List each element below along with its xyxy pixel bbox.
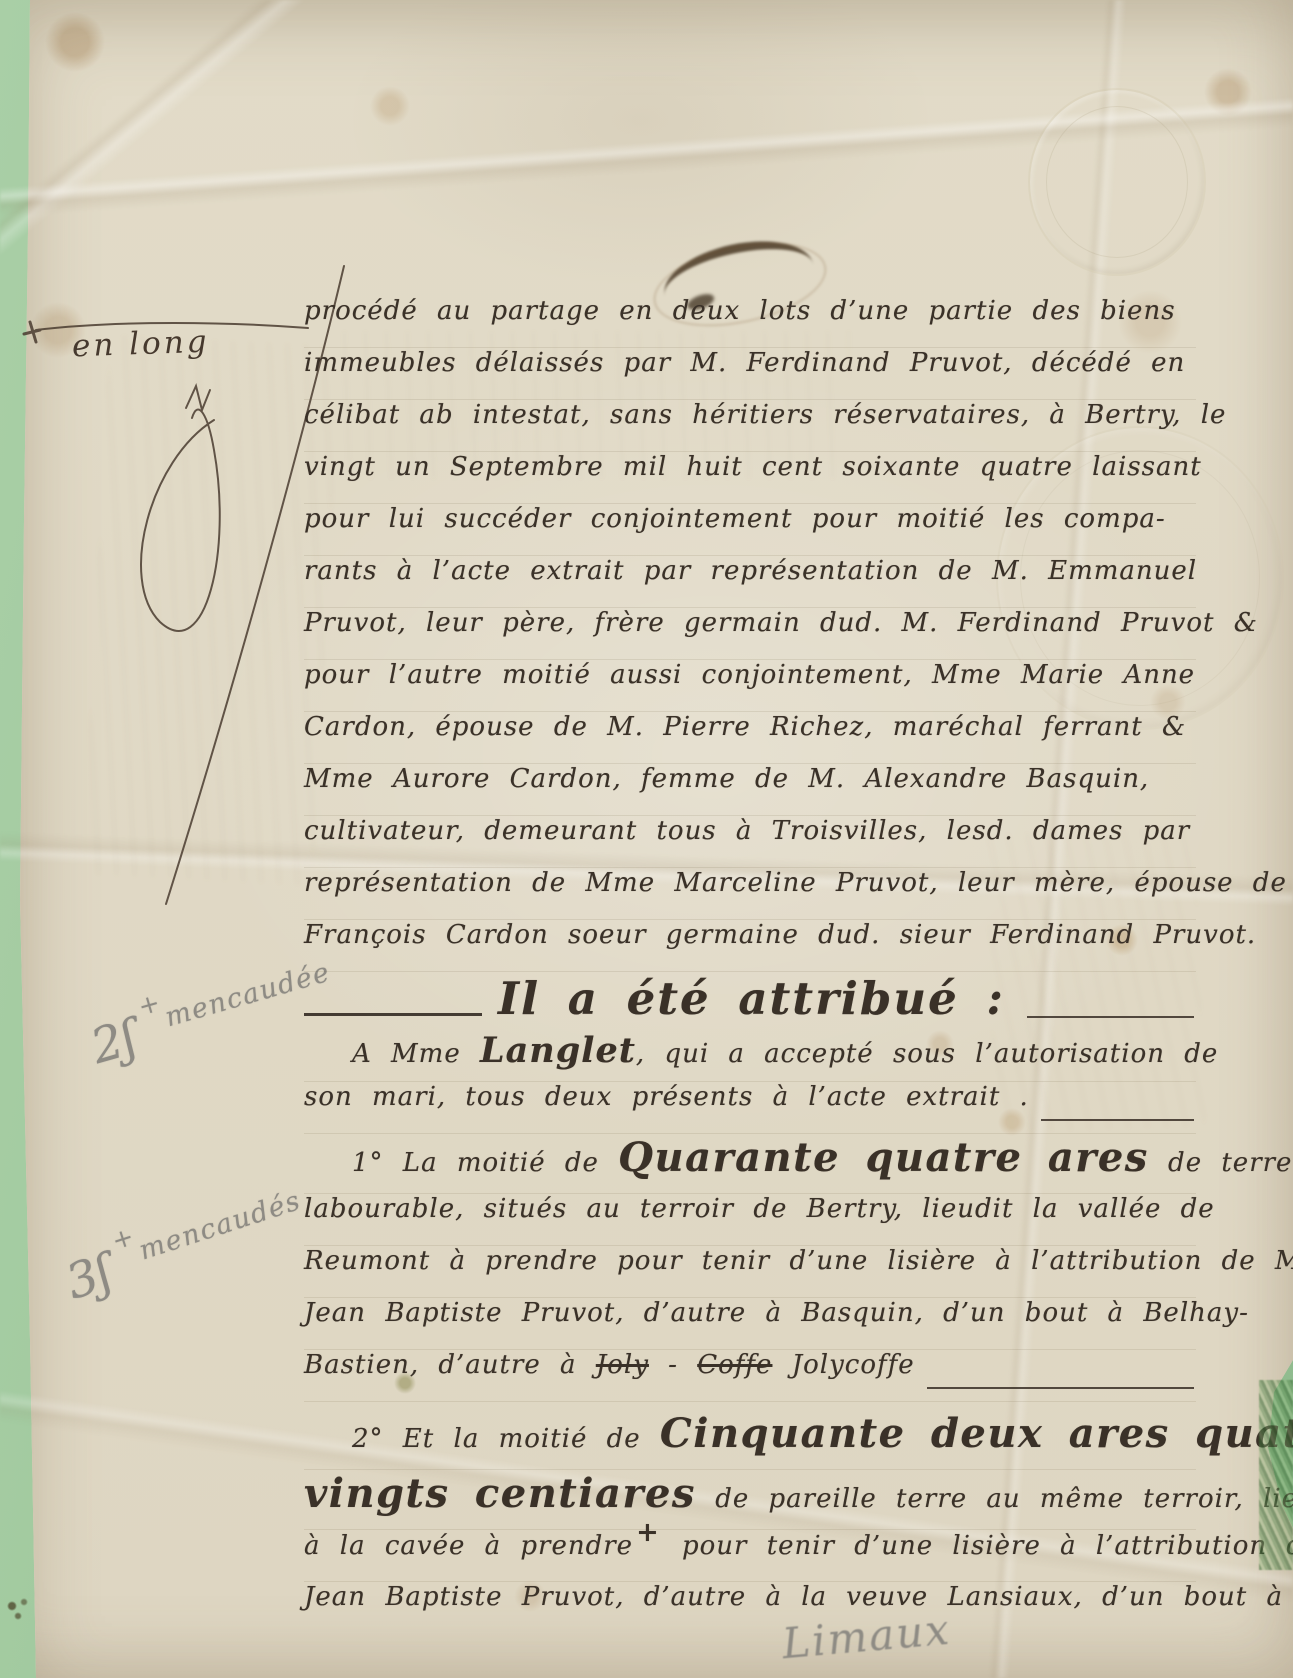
filler-rule xyxy=(927,1387,1194,1389)
line-text: Jolycoffe xyxy=(772,1350,914,1380)
line-text: pour tenir d’une lisière à l’attribution… xyxy=(663,1531,1293,1561)
text-line: immeubles délaissés par M. Ferdinand Pru… xyxy=(304,348,1196,400)
text-line: Reumont à prendre pour tenir d’une lisiè… xyxy=(304,1246,1196,1298)
edge-fleck xyxy=(4,1598,34,1624)
line-text: Mme Aurore Cardon, femme de M. Alexandre… xyxy=(304,764,1149,794)
text-line: Bastien, d’autre à Joly - Coffe Jolycoff… xyxy=(304,1350,1196,1402)
line-text: son mari, tous deux présents à l’acte ex… xyxy=(304,1082,1029,1112)
line-text: pour l’autre moitié aussi conjointement,… xyxy=(304,660,1195,690)
line-text: à la cavée à prendre xyxy=(304,1531,633,1561)
text-line: pour lui succéder conjointement pour moi… xyxy=(304,504,1196,556)
line-text: vingt un Septembre mil huit cent soixant… xyxy=(304,452,1202,482)
text-line: rants à l’acte extrait par représentatio… xyxy=(304,556,1196,608)
struck-word: Joly xyxy=(596,1350,649,1380)
area-emphasis: vingts centiares xyxy=(304,1470,696,1517)
line-text: François Cardon soeur germaine dud. sieu… xyxy=(304,920,1256,950)
line-text: immeubles délaissés par M. Ferdinand Pru… xyxy=(304,348,1185,378)
heading-text: Il a été attribué : xyxy=(488,972,1015,1025)
text-line: Mme Aurore Cardon, femme de M. Alexandre… xyxy=(304,764,1196,816)
text-line-lot1: 1° La moitié de Quarante quatre ares de … xyxy=(304,1134,1196,1194)
text-line: vingt un Septembre mil huit cent soixant… xyxy=(304,452,1196,504)
line-text: célibat ab intestat, sans héritiers rése… xyxy=(304,400,1226,430)
text-line: représentation de Mme Marceline Pruvot, … xyxy=(304,868,1196,920)
text-line: Pruvot, leur père, frère germain dud. M.… xyxy=(304,608,1196,660)
line-text: Pruvot, leur père, frère germain dud. M.… xyxy=(304,608,1258,638)
line-text: de terre xyxy=(1149,1148,1293,1178)
area-emphasis: Quarante quatre ares xyxy=(618,1134,1149,1181)
text-line: Cardon, épouse de M. Pierre Richez, maré… xyxy=(304,712,1196,764)
area-emphasis: Cinquante deux ares quatre xyxy=(660,1410,1293,1457)
heading-rule-left xyxy=(304,1013,482,1016)
text-line: procédé au partage en deux lots d’une pa… xyxy=(304,296,1196,348)
line-text: représentation de Mme Marceline Pruvot, … xyxy=(304,868,1287,898)
text-line: pour l’autre moitié aussi conjointement,… xyxy=(304,660,1196,712)
text-line: Jean Baptiste Pruvot, d’autre à la veuve… xyxy=(304,1582,1196,1634)
attributee-name: Langlet xyxy=(480,1030,636,1071)
insertion-plus-mark: + xyxy=(636,1517,660,1548)
text-line: labourable, situés au terroir de Bertry,… xyxy=(304,1194,1196,1246)
line-text: Jean Baptiste Pruvot, d’autre à Basquin,… xyxy=(304,1298,1249,1328)
text-line: François Cardon soeur germaine dud. sieu… xyxy=(304,920,1196,972)
line-text: Reumont à prendre pour tenir d’une lisiè… xyxy=(304,1246,1293,1276)
text-line: Jean Baptiste Pruvot, d’autre à Basquin,… xyxy=(304,1298,1196,1350)
line-text: rants à l’acte extrait par représentatio… xyxy=(304,556,1197,586)
text-line: cultivateur, demeurant tous à Troisville… xyxy=(304,816,1196,868)
line-text: 1° La moitié de xyxy=(352,1148,618,1178)
filler-rule xyxy=(1041,1119,1194,1121)
text-line: célibat ab intestat, sans héritiers rése… xyxy=(304,400,1196,452)
line-text: de pareille terre au même terroir, lieud… xyxy=(696,1484,1293,1514)
text-line: son mari, tous deux présents à l’acte ex… xyxy=(304,1082,1196,1134)
line-text: 2° Et la moitié de xyxy=(352,1424,660,1454)
line-text: Bastien, d’autre à xyxy=(304,1350,596,1380)
section-heading: Il a été attribué : xyxy=(304,972,1196,1030)
text-line: vingts centiares de pareille terre au mê… xyxy=(304,1470,1196,1530)
line-text: cultivateur, demeurant tous à Troisville… xyxy=(304,816,1190,846)
line-text: procédé au partage en deux lots d’une pa… xyxy=(304,296,1176,326)
line-text: - xyxy=(649,1350,697,1380)
line-text: Cardon, épouse de M. Pierre Richez, maré… xyxy=(304,712,1186,742)
line-text: labourable, situés au terroir de Bertry,… xyxy=(304,1194,1215,1224)
line-text: pour lui succéder conjointement pour moi… xyxy=(304,504,1166,534)
scanned-document-page: en long 2ʃ + mencaudée 3ʃ + mencaudés pr… xyxy=(0,0,1293,1678)
text-line-lot2: 2° Et la moitié de Cinquante deux ares q… xyxy=(304,1410,1196,1470)
struck-word: Coffe xyxy=(697,1350,772,1380)
text-line: A Mme Langlet , qui a accepté sous l’aut… xyxy=(304,1030,1196,1082)
line-text: A Mme xyxy=(352,1039,480,1069)
line-text: , qui a accepté sous l’autorisation de xyxy=(636,1039,1218,1069)
margin-note-en-long: en long xyxy=(71,324,210,365)
line-text: Jean Baptiste Pruvot, d’autre à la veuve… xyxy=(304,1582,1283,1612)
document-body: procédé au partage en deux lots d’une pa… xyxy=(304,296,1196,1634)
heading-rule-right xyxy=(1027,1016,1194,1018)
text-line: à la cavée à prendre + pour tenir d’une … xyxy=(304,1530,1196,1582)
